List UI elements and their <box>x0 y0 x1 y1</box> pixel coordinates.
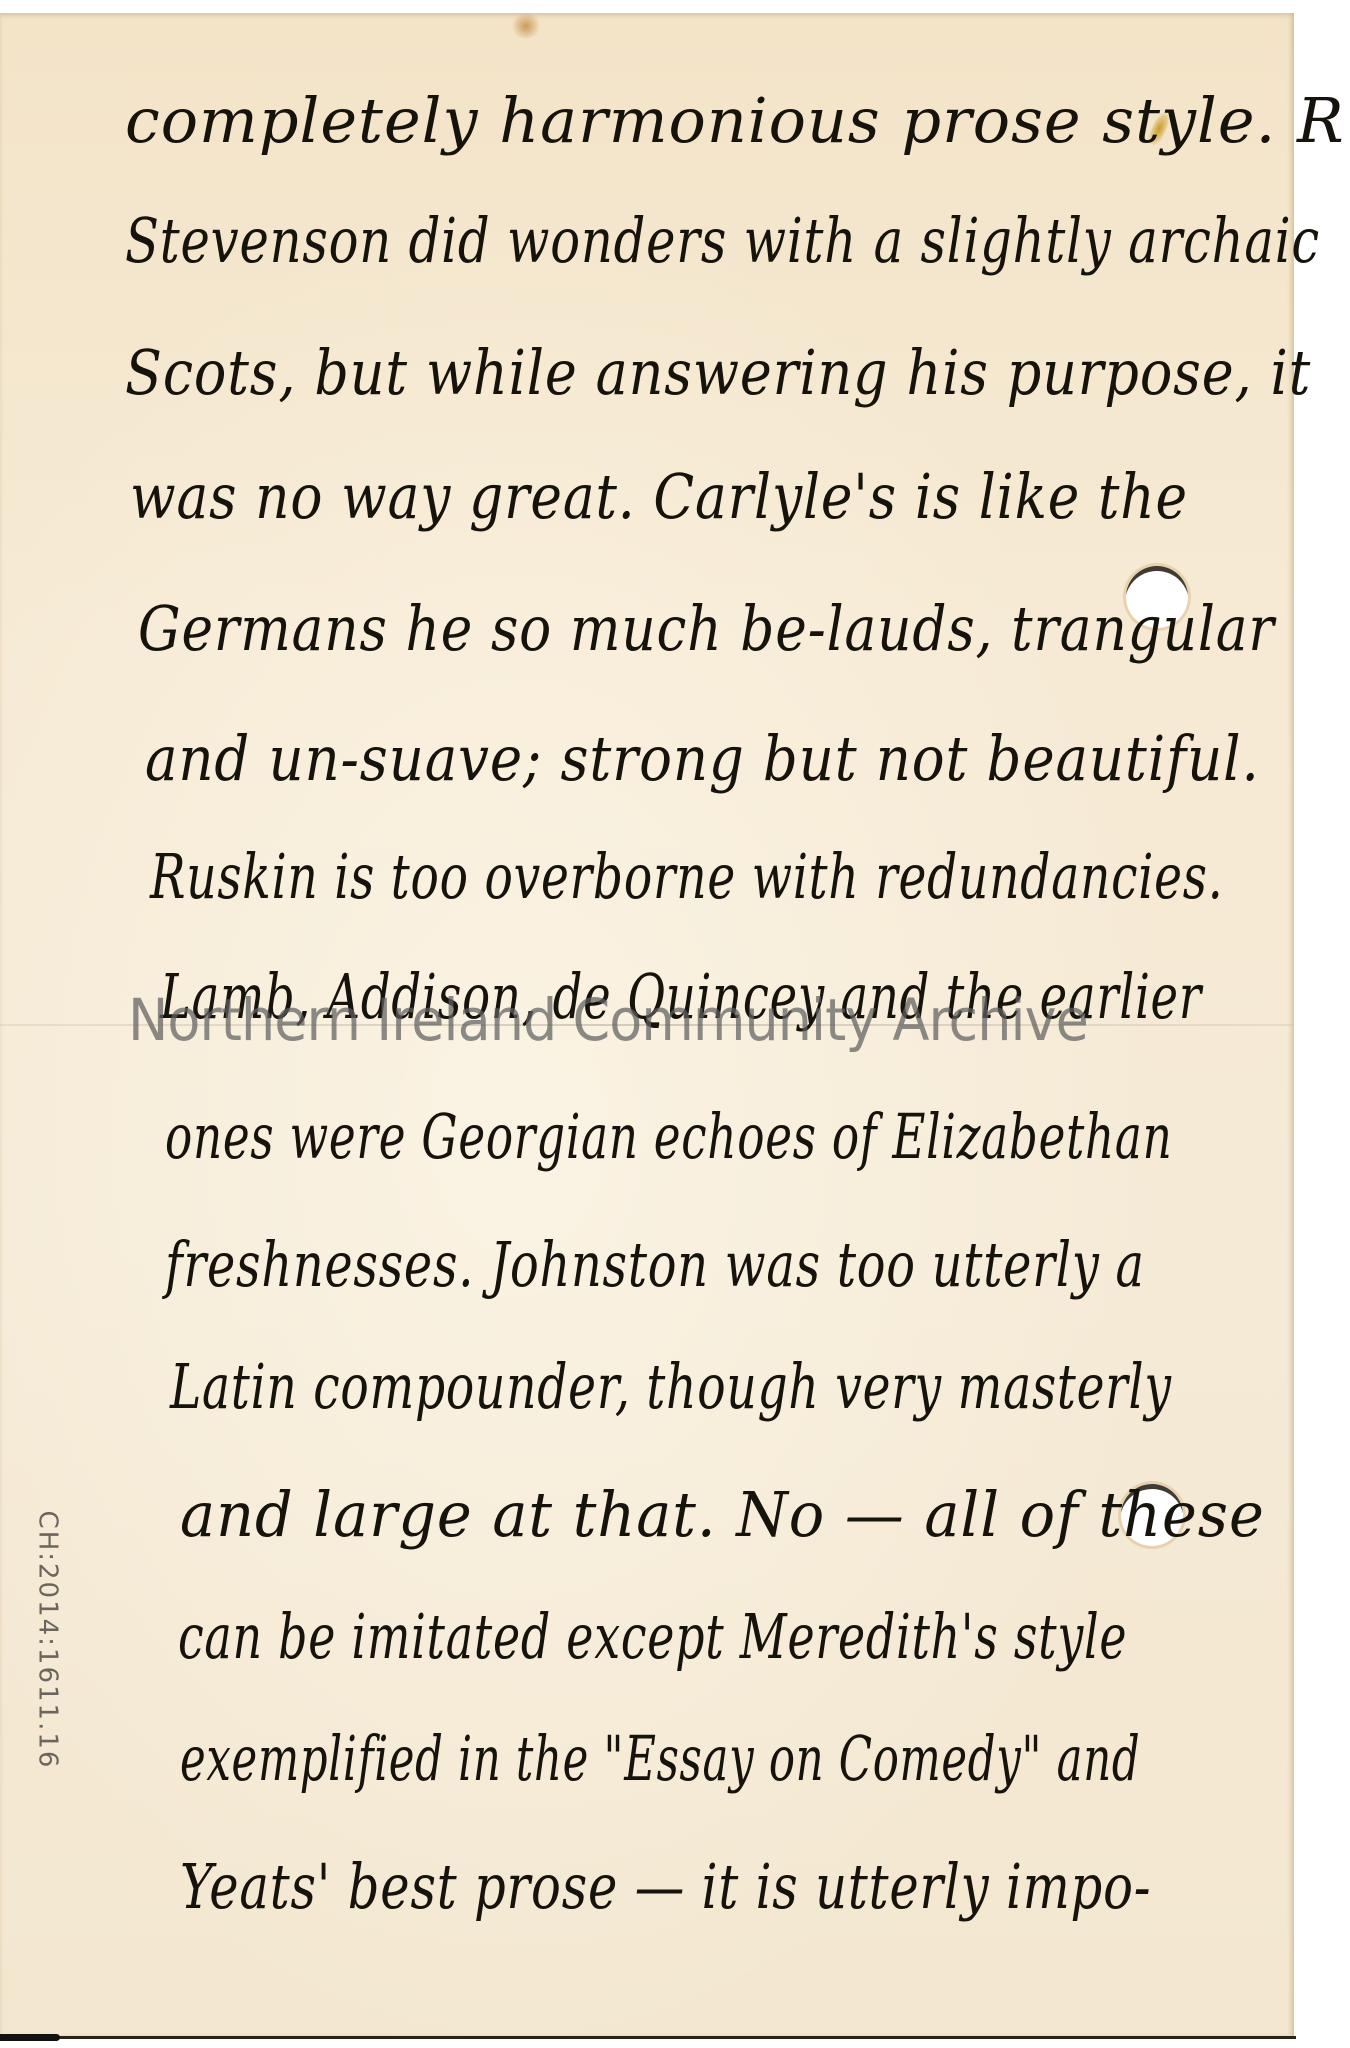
paper-bottom-edge <box>0 2036 1296 2039</box>
handwritten-line: Latin compounder, though very masterly <box>170 1350 1172 1423</box>
handwritten-line: was no way great. Carlyle's is like the <box>130 460 1188 533</box>
handwritten-line: exemplified in the "Essay on Comedy" and <box>180 1722 1140 1795</box>
handwritten-line: freshnesses. Johnston was too utterly a <box>165 1228 1145 1301</box>
handwritten-line: ones were Georgian echoes of Elizabethan <box>165 1100 1172 1173</box>
handwritten-line: and large at that. No — all of these <box>180 1478 1265 1551</box>
handwritten-line: Scots, but while answering his purpose, … <box>125 336 1311 409</box>
handwritten-line: can be imitated except Meredith's style <box>178 1600 1127 1673</box>
handwritten-line: completely harmonious prose style. R. L. <box>125 84 1350 157</box>
handwritten-line: Germans he so much be-lauds, trangular <box>138 592 1275 665</box>
handwritten-line: Ruskin is too overborne with redundancie… <box>150 840 1223 913</box>
handwritten-line: and un-suave; strong but not beautiful. <box>145 722 1260 795</box>
paper-stain <box>512 13 540 39</box>
handwritten-line: Stevenson did wonders with a slightly ar… <box>125 204 1320 277</box>
archive-watermark: Northern Ireland Community Archive <box>128 986 1088 1054</box>
handwritten-line: Yeats' best prose — it is utterly impo- <box>180 1850 1151 1923</box>
accession-number: CH:2014:1611.16 <box>32 1511 62 1770</box>
